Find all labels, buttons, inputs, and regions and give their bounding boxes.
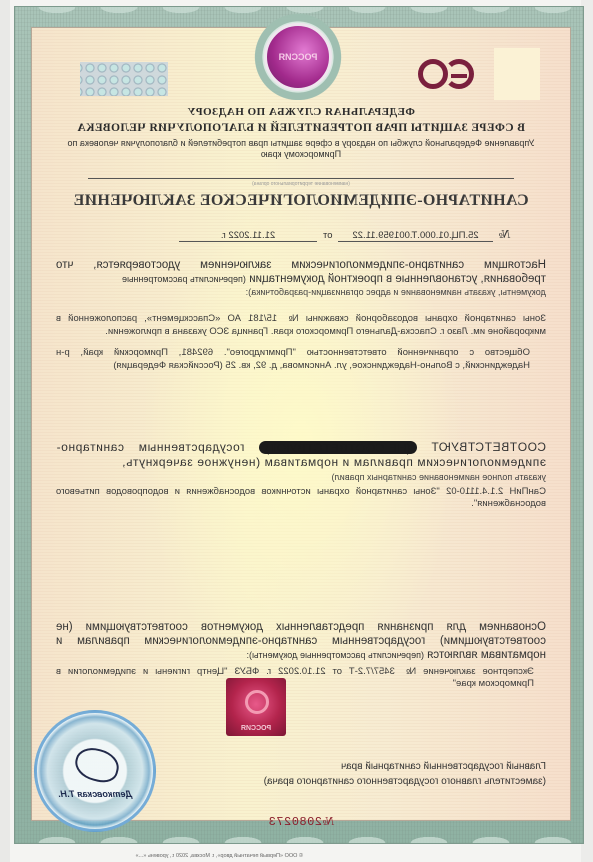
developer-text: Общество с ограниченной ответственностью…	[56, 346, 530, 372]
certify-hint: документы, указать наименование и адрес …	[56, 286, 546, 298]
basis-paragraph: Основанием для признания представленных …	[56, 620, 546, 662]
from-label: от	[323, 230, 332, 241]
printer-note: © ООО «Первый печатный двор», г. Москва,…	[15, 853, 583, 859]
basis-hint: (перечислить рассмотренные документы):	[247, 650, 424, 660]
hologram-caption: РОССИЯ	[264, 23, 332, 91]
agency-name-line-1: ФЕДЕРАЛЬНАЯ СЛУЖБА ПО НАДЗОРУ	[32, 106, 570, 118]
subject-text: Зоны санитарной охраны водозаборной сква…	[56, 312, 546, 338]
hologram-bottom-caption: РОССИЯ	[241, 725, 271, 732]
compliance-verdict: СООТВЕТСТВУЮТ	[431, 440, 546, 454]
territorial-caption: (наименование территориального органа)	[32, 181, 570, 187]
struck-out-text: (НЕ СООТВЕТСТВУЮТ)	[259, 441, 417, 454]
signature-icon	[72, 744, 122, 786]
agency-name-line-2: В СФЕРЕ ЗАЩИТЫ ПРАВ ПОТРЕБИТЕЛЕЙ И БЛАГО…	[32, 122, 570, 134]
blank-field	[494, 48, 540, 100]
hologram-sticker-icon: РОССИЯ	[226, 678, 286, 736]
eo-emblem-icon	[412, 54, 474, 94]
security-pattern-icon	[80, 62, 168, 96]
form-serial-number: №2080273	[32, 814, 570, 829]
document-date: 21.11.2022 г.	[179, 230, 317, 242]
serial-sign: №	[322, 814, 334, 828]
document-number: 25.ПЦ.01.000.Т.001959.11.22	[338, 230, 492, 242]
signer-title: Главный государственный санитарный врач	[192, 759, 546, 774]
document-number-line: № 25.ПЦ.01.000.Т.001959.11.22 от 21.11.2…	[72, 227, 510, 242]
basis-documents: Экспертное заключение № 3457/7.2-Т от 21…	[56, 666, 534, 690]
sanitary-rules-text: СанПиН 2.1.4.1110-02 "Зоны санитарной ох…	[56, 486, 546, 510]
signer-title-alt: (заместитель главного государственного с…	[192, 774, 546, 789]
certificate-sheet: РОССИЯ ФЕДЕРАЛЬНАЯ СЛУЖБА ПО НАДЗОРУ В С…	[14, 6, 584, 844]
signer-name: Детковская Т.Н.	[47, 789, 143, 799]
certify-hint-inline: (перечислить рассмотренные	[122, 274, 246, 284]
signer-block: Главный государственный санитарный врач …	[192, 759, 546, 789]
divider	[88, 178, 514, 179]
compliance-hint: указать полное наименование санитарных п…	[56, 471, 546, 483]
compliance-paragraph: СООТВЕТСТВУЮТ (НЕ СООТВЕТСТВУЮТ) государ…	[56, 440, 546, 470]
number-sign: №	[499, 227, 510, 242]
certify-paragraph: Настоящим санитарно-эпидемиологическим з…	[56, 258, 546, 286]
serial-value: 2080273	[268, 815, 322, 829]
compliance-hint-inline: (ненужное зачеркнуть,	[122, 455, 260, 469]
hologram-seal-icon: РОССИЯ	[252, 14, 344, 100]
document-title: САНИТАРНО-ЭПИДЕМИОЛОГИЧЕСКОЕ ЗАКЛЮЧЕНИЕ	[32, 192, 570, 210]
certificate-body: РОССИЯ ФЕДЕРАЛЬНАЯ СЛУЖБА ПО НАДЗОРУ В С…	[31, 27, 571, 821]
territorial-body: Управление Федеральной службы по надзору…	[52, 138, 550, 160]
viewer-edge-left	[0, 0, 10, 862]
